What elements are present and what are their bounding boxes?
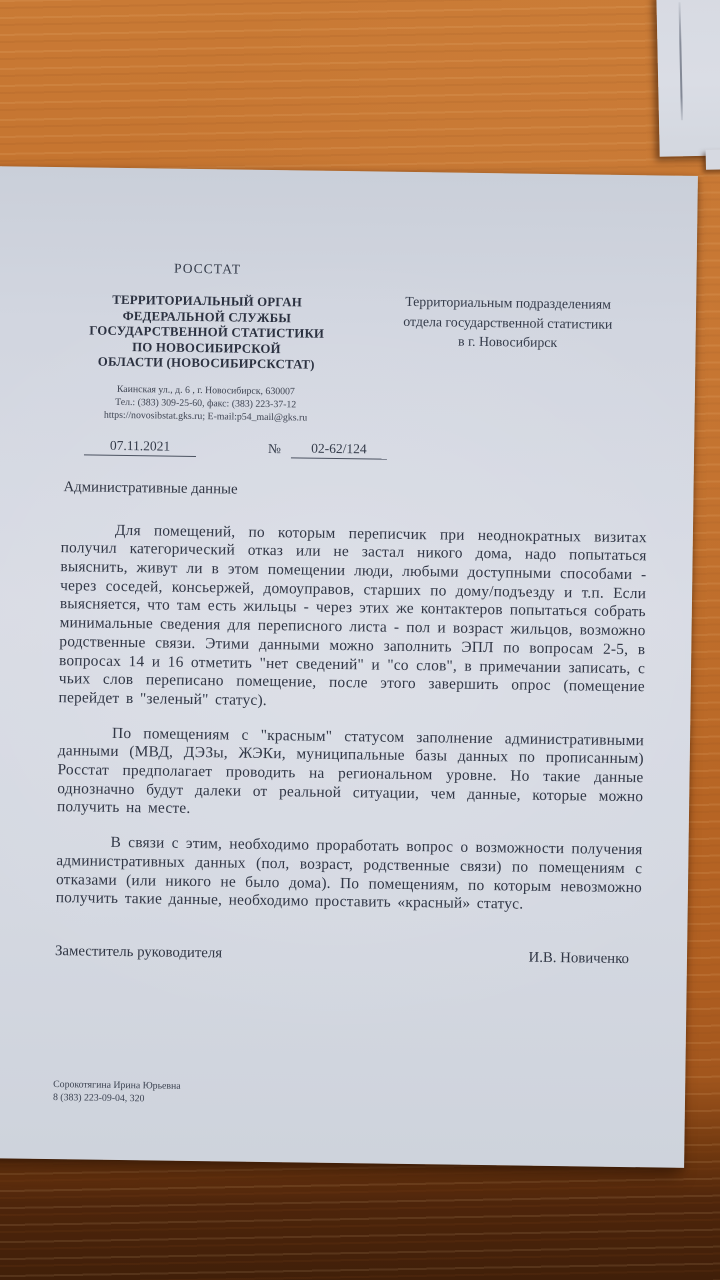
executor-info: Сорокотягина Ирина Юрьевна 8 (383) 223-0… bbox=[53, 1079, 181, 1106]
letterhead: РОССТАТ ТЕРРИТОРИАЛЬНЫЙ ОРГАН ФЕДЕРАЛЬНО… bbox=[0, 166, 698, 431]
recipient-line: отдела государственной статистики bbox=[382, 311, 634, 334]
date-number-row: 07.11.2021 № 02-62/124 bbox=[84, 437, 694, 464]
letter-number: 02-62/124 bbox=[291, 440, 387, 459]
signature-row: Заместитель руководителя И.В. Новиченко bbox=[55, 943, 629, 968]
body-paragraph-3: В связи с этим, необходимо проработать в… bbox=[56, 833, 643, 916]
recipient-block: Территориальным подразделениям отдела го… bbox=[380, 292, 634, 430]
signature-position: Заместитель руководителя bbox=[55, 943, 222, 962]
sender-block: РОССТАТ ТЕРРИТОРИАЛЬНЫЙ ОРГАН ФЕДЕРАЛЬНО… bbox=[68, 259, 344, 425]
executor-phone: 8 (383) 223-09-04, 320 bbox=[53, 1092, 181, 1107]
document-paper: РОССТАТ ТЕРРИТОРИАЛЬНЫЙ ОРГАН ФЕДЕРАЛЬНО… bbox=[0, 166, 698, 1168]
number-sign: № bbox=[268, 441, 281, 458]
body-paragraph-1: Для помещений, по которым переписчик при… bbox=[58, 521, 647, 716]
org-contact-block: Каинская ул., д. 6 , г. Новосибирск, 630… bbox=[68, 382, 343, 425]
letter-date: 07.11.2021 bbox=[84, 437, 196, 457]
agency-name: РОССТАТ bbox=[70, 259, 344, 279]
subject-line: Административные данные bbox=[63, 479, 693, 505]
paper-fold-line bbox=[678, 2, 682, 120]
secondary-paper-under-sheet bbox=[706, 149, 720, 170]
secondary-paper bbox=[656, 0, 720, 157]
org-name-block: ТЕРРИТОРИАЛЬНЫЙ ОРГАН ФЕДЕРАЛЬНОЙ СЛУЖБЫ… bbox=[69, 292, 344, 374]
signature-name: И.В. Новиченко bbox=[528, 950, 629, 968]
org-name-line: ОБЛАСТИ (НОВОСИБИРСКСТАТ) bbox=[69, 355, 343, 374]
body-paragraph-2: По помещениям с "красным" статусом запол… bbox=[57, 724, 644, 826]
org-email-line: https://novosibstat.gks.ru; E-mail:p54_m… bbox=[68, 409, 342, 426]
recipient-line: в г. Новосибирск bbox=[381, 331, 633, 354]
photo-of-document: РОССТАТ ТЕРРИТОРИАЛЬНЫЙ ОРГАН ФЕДЕРАЛЬНО… bbox=[0, 0, 720, 1280]
